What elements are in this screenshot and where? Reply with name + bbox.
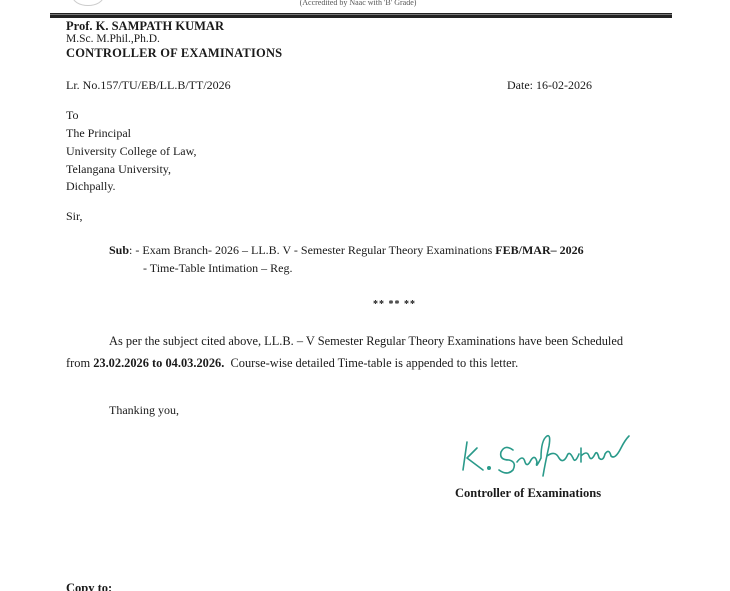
letter-date: Date: 16-02-2026 [507,78,592,93]
sender-designation: CONTROLLER OF EXAMINATIONS [66,46,282,61]
subject-label: Sub [109,243,129,257]
separator: ** ** ** [373,299,416,310]
letter-number: Lr. No.157/TU/EB/LL.B/TT/2026 [66,78,231,93]
salutation: Sir, [66,209,83,224]
sender-name: Prof. K. SAMPATH KUMAR [66,19,224,34]
address-to: To [66,108,79,123]
address-line: The Principal [66,126,131,141]
address-line: Dichpally. [66,179,116,194]
signature [455,420,645,480]
body-line-2: from 23.02.2026 to 04.03.2026. Course-wi… [66,356,518,371]
subject-line-2: - Time-Table Intimation – Reg. [143,261,292,276]
closing: Thanking you, [109,403,179,418]
sender-degrees: M.Sc. M.Phil.,Ph.D. [66,33,160,45]
copy-to-label: Copy to: [66,581,112,591]
subject-session: FEB/MAR– 2026 [495,243,583,257]
letterhead-rule-highlight [50,14,672,15]
address-line: University College of Law, [66,144,197,159]
signatory-title: Controller of Examinations [455,486,601,501]
subject-text: : - Exam Branch- 2026 – LL.B. V - Semest… [129,243,495,257]
address-line: Telangana University, [66,162,171,177]
subject-line: Sub: - Exam Branch- 2026 – LL.B. V - Sem… [109,243,584,258]
body-line-1: As per the subject cited above, LL.B. – … [109,334,623,349]
accreditation-line: (Accredited by Naac with 'B' Grade) [0,0,730,7]
exam-dates: 23.02.2026 to 04.03.2026. [93,356,224,370]
